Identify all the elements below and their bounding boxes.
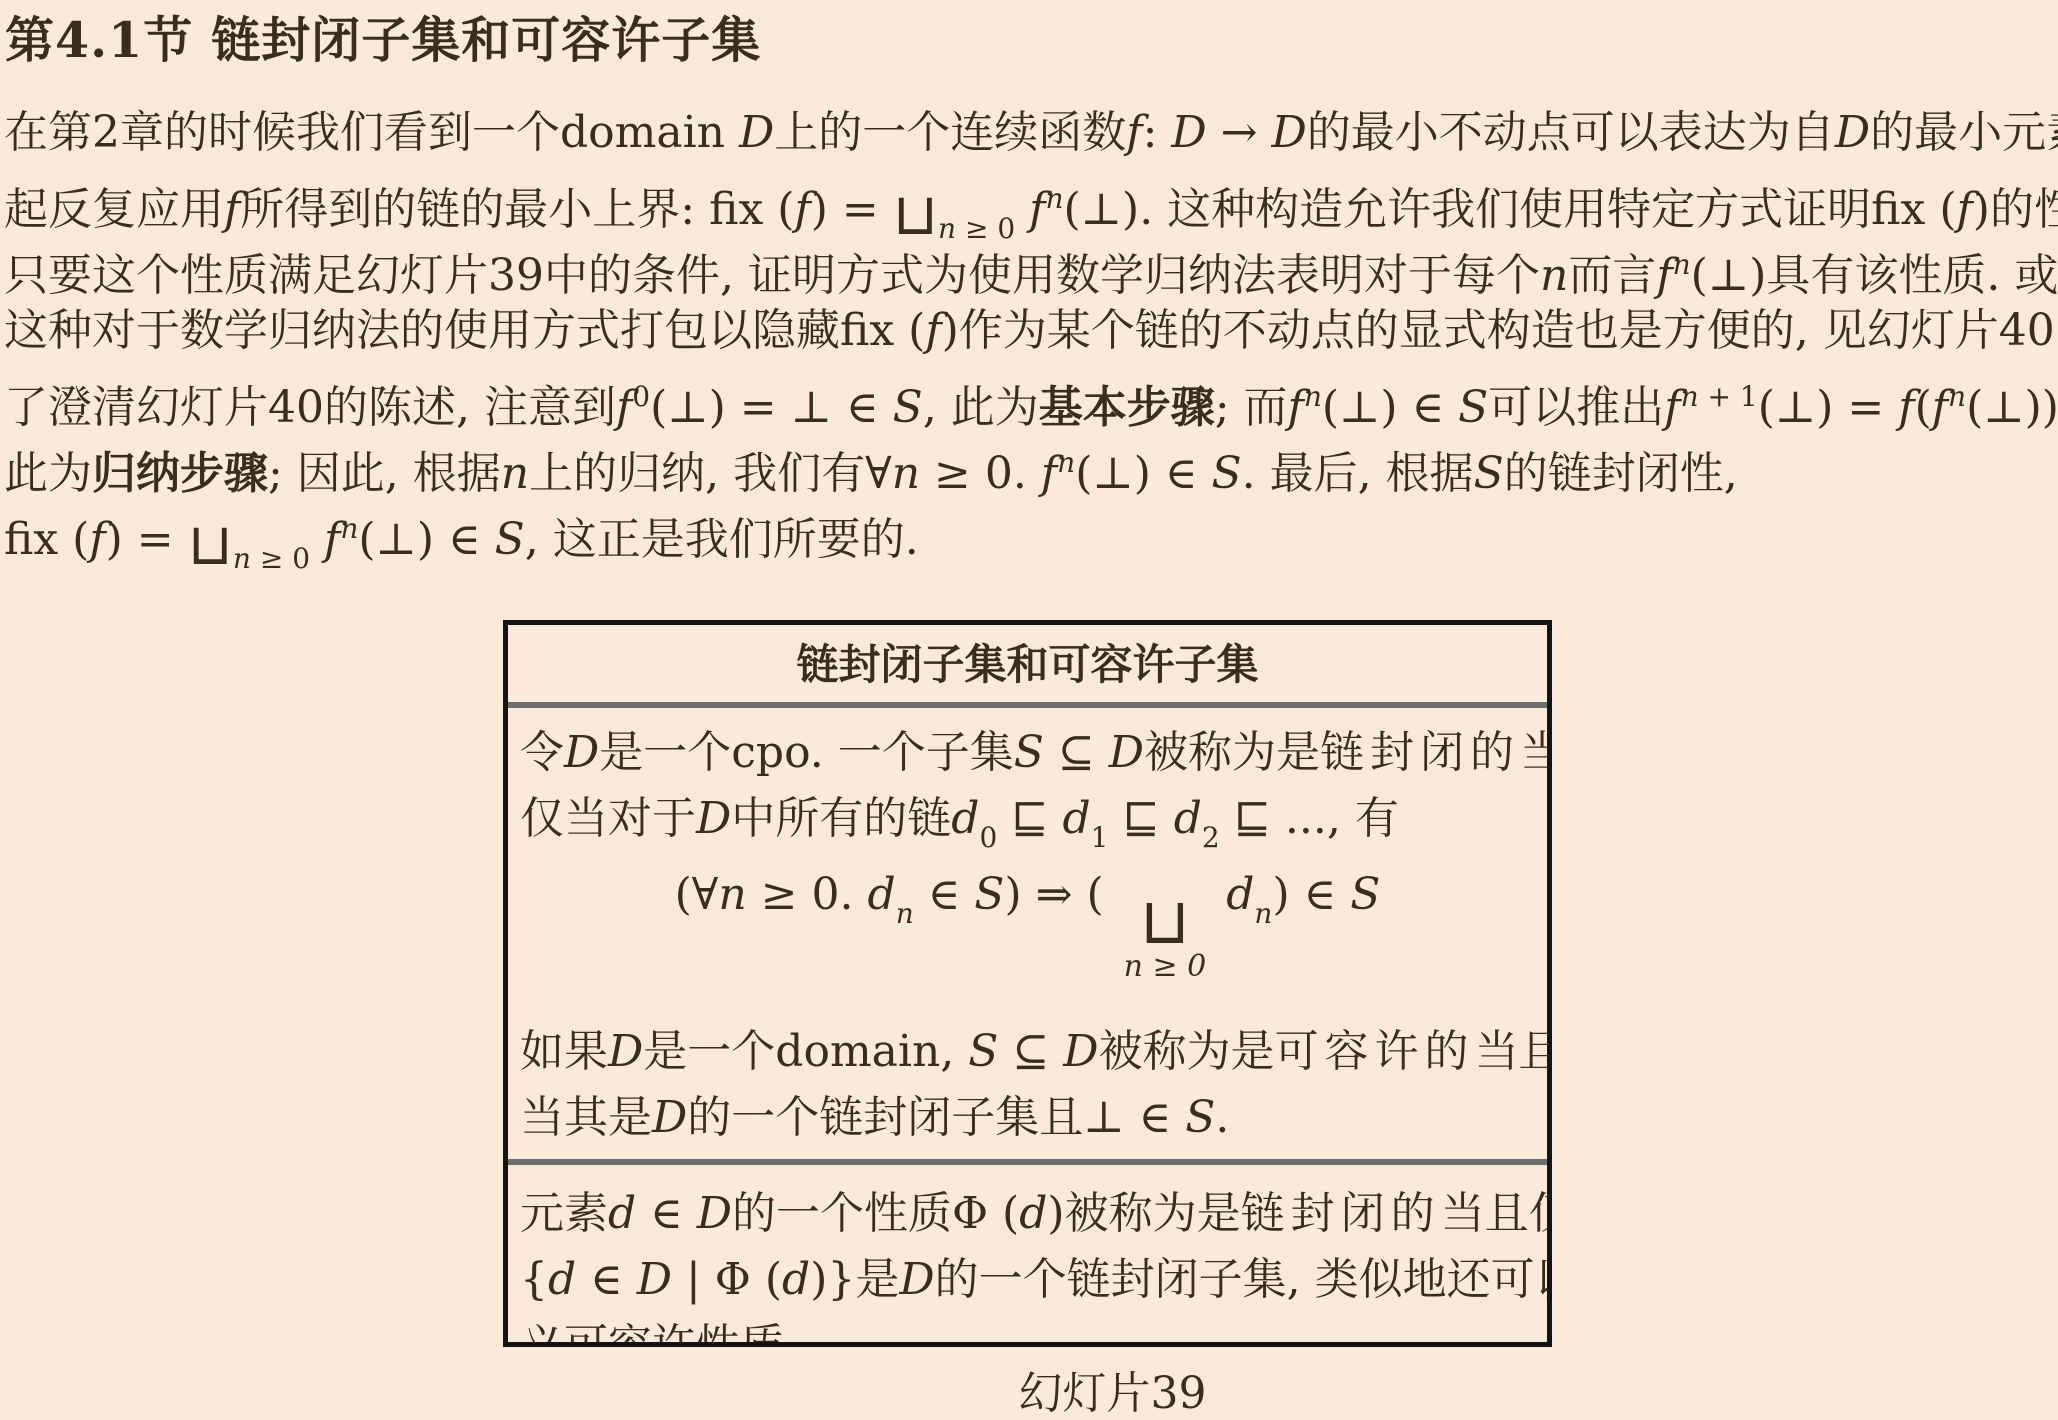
definition-line-3: 如果D是一个domain, S ⊆ D被称为是可容许的当且仅 xyxy=(520,1019,1535,1085)
body-paragraph: 在第2章的时候我们看到一个domain D上的一个连续函数f: D → D的最小… xyxy=(4,100,2056,562)
document-page: 第4.1节 链封闭子集和可容许子集 在第2章的时候我们看到一个domain D上… xyxy=(0,0,2058,1420)
property-line-3: 义可容许性质. xyxy=(520,1313,1535,1347)
slide-caption: 幻灯片39 xyxy=(588,1368,1637,1420)
paragraph-line-7: fix (f) = ⊔n ≥ 0 fn(⊥) ∈ S, 这正是我们所要的. xyxy=(4,496,2056,562)
definition-line-2: 仅当对于D中所有的链d0 ⊑ d1 ⊑ d2 ⊑ ..., 有 xyxy=(520,786,1535,852)
definition-line-4: 当其是D的一个链封闭子集且⊥ ∈ S. xyxy=(520,1085,1535,1151)
paragraph-line-4: 这种对于数学归纳法的使用方式打包以隐藏fix (f)作为某个链的不动点的显式构造… xyxy=(4,298,2056,364)
section-heading: 第4.1节 链封闭子集和可容许子集 xyxy=(5,2,761,72)
slide-property-section: 元素d ∈ D的一个性质Φ (d)被称为是链封闭的当且仅当 {d ∈ D | Φ… xyxy=(508,1165,1547,1347)
paragraph-line-6: 此为归纳步骤; 因此, 根据n上的归纳, 我们有∀n ≥ 0. fn(⊥) ∈ … xyxy=(4,430,2056,496)
paragraph-line-3: 只要这个性质满足幻灯片39中的条件, 证明方式为使用数学归纳法表明对于每个n而言… xyxy=(4,232,2056,298)
display-formula: (∀n ≥ 0. dn ∈ S) ⇒ ( ⊔n ≥ 0 dn) ∈ S xyxy=(520,852,1535,1019)
definition-line-1: 令D是一个cpo. 一个子集S ⊆ D被称为是链封闭的当且 xyxy=(520,720,1535,786)
slide-figure-box: 链封闭子集和可容许子集 令D是一个cpo. 一个子集S ⊆ D被称为是链封闭的当… xyxy=(503,620,1552,1347)
paragraph-line-1: 在第2章的时候我们看到一个domain D上的一个连续函数f: D → D的最小… xyxy=(4,100,2056,166)
paragraph-line-2: 起反复应用f所得到的链的最小上界: fix (f) = ⊔n ≥ 0 fn(⊥)… xyxy=(4,166,2056,232)
property-line-2: {d ∈ D | Φ (d)}是D的一个链封闭子集, 类似地还可以定 xyxy=(520,1247,1535,1313)
slide-definition-section: 令D是一个cpo. 一个子集S ⊆ D被称为是链封闭的当且 仅当对于D中所有的链… xyxy=(508,708,1547,1159)
paragraph-line-5: 了澄清幻灯片40的陈述, 注意到f0(⊥) = ⊥ ∈ S, 此为基本步骤; 而… xyxy=(4,364,2056,430)
slide-title: 链封闭子集和可容许子集 xyxy=(508,625,1547,702)
property-line-1: 元素d ∈ D的一个性质Φ (d)被称为是链封闭的当且仅当 xyxy=(520,1181,1535,1247)
